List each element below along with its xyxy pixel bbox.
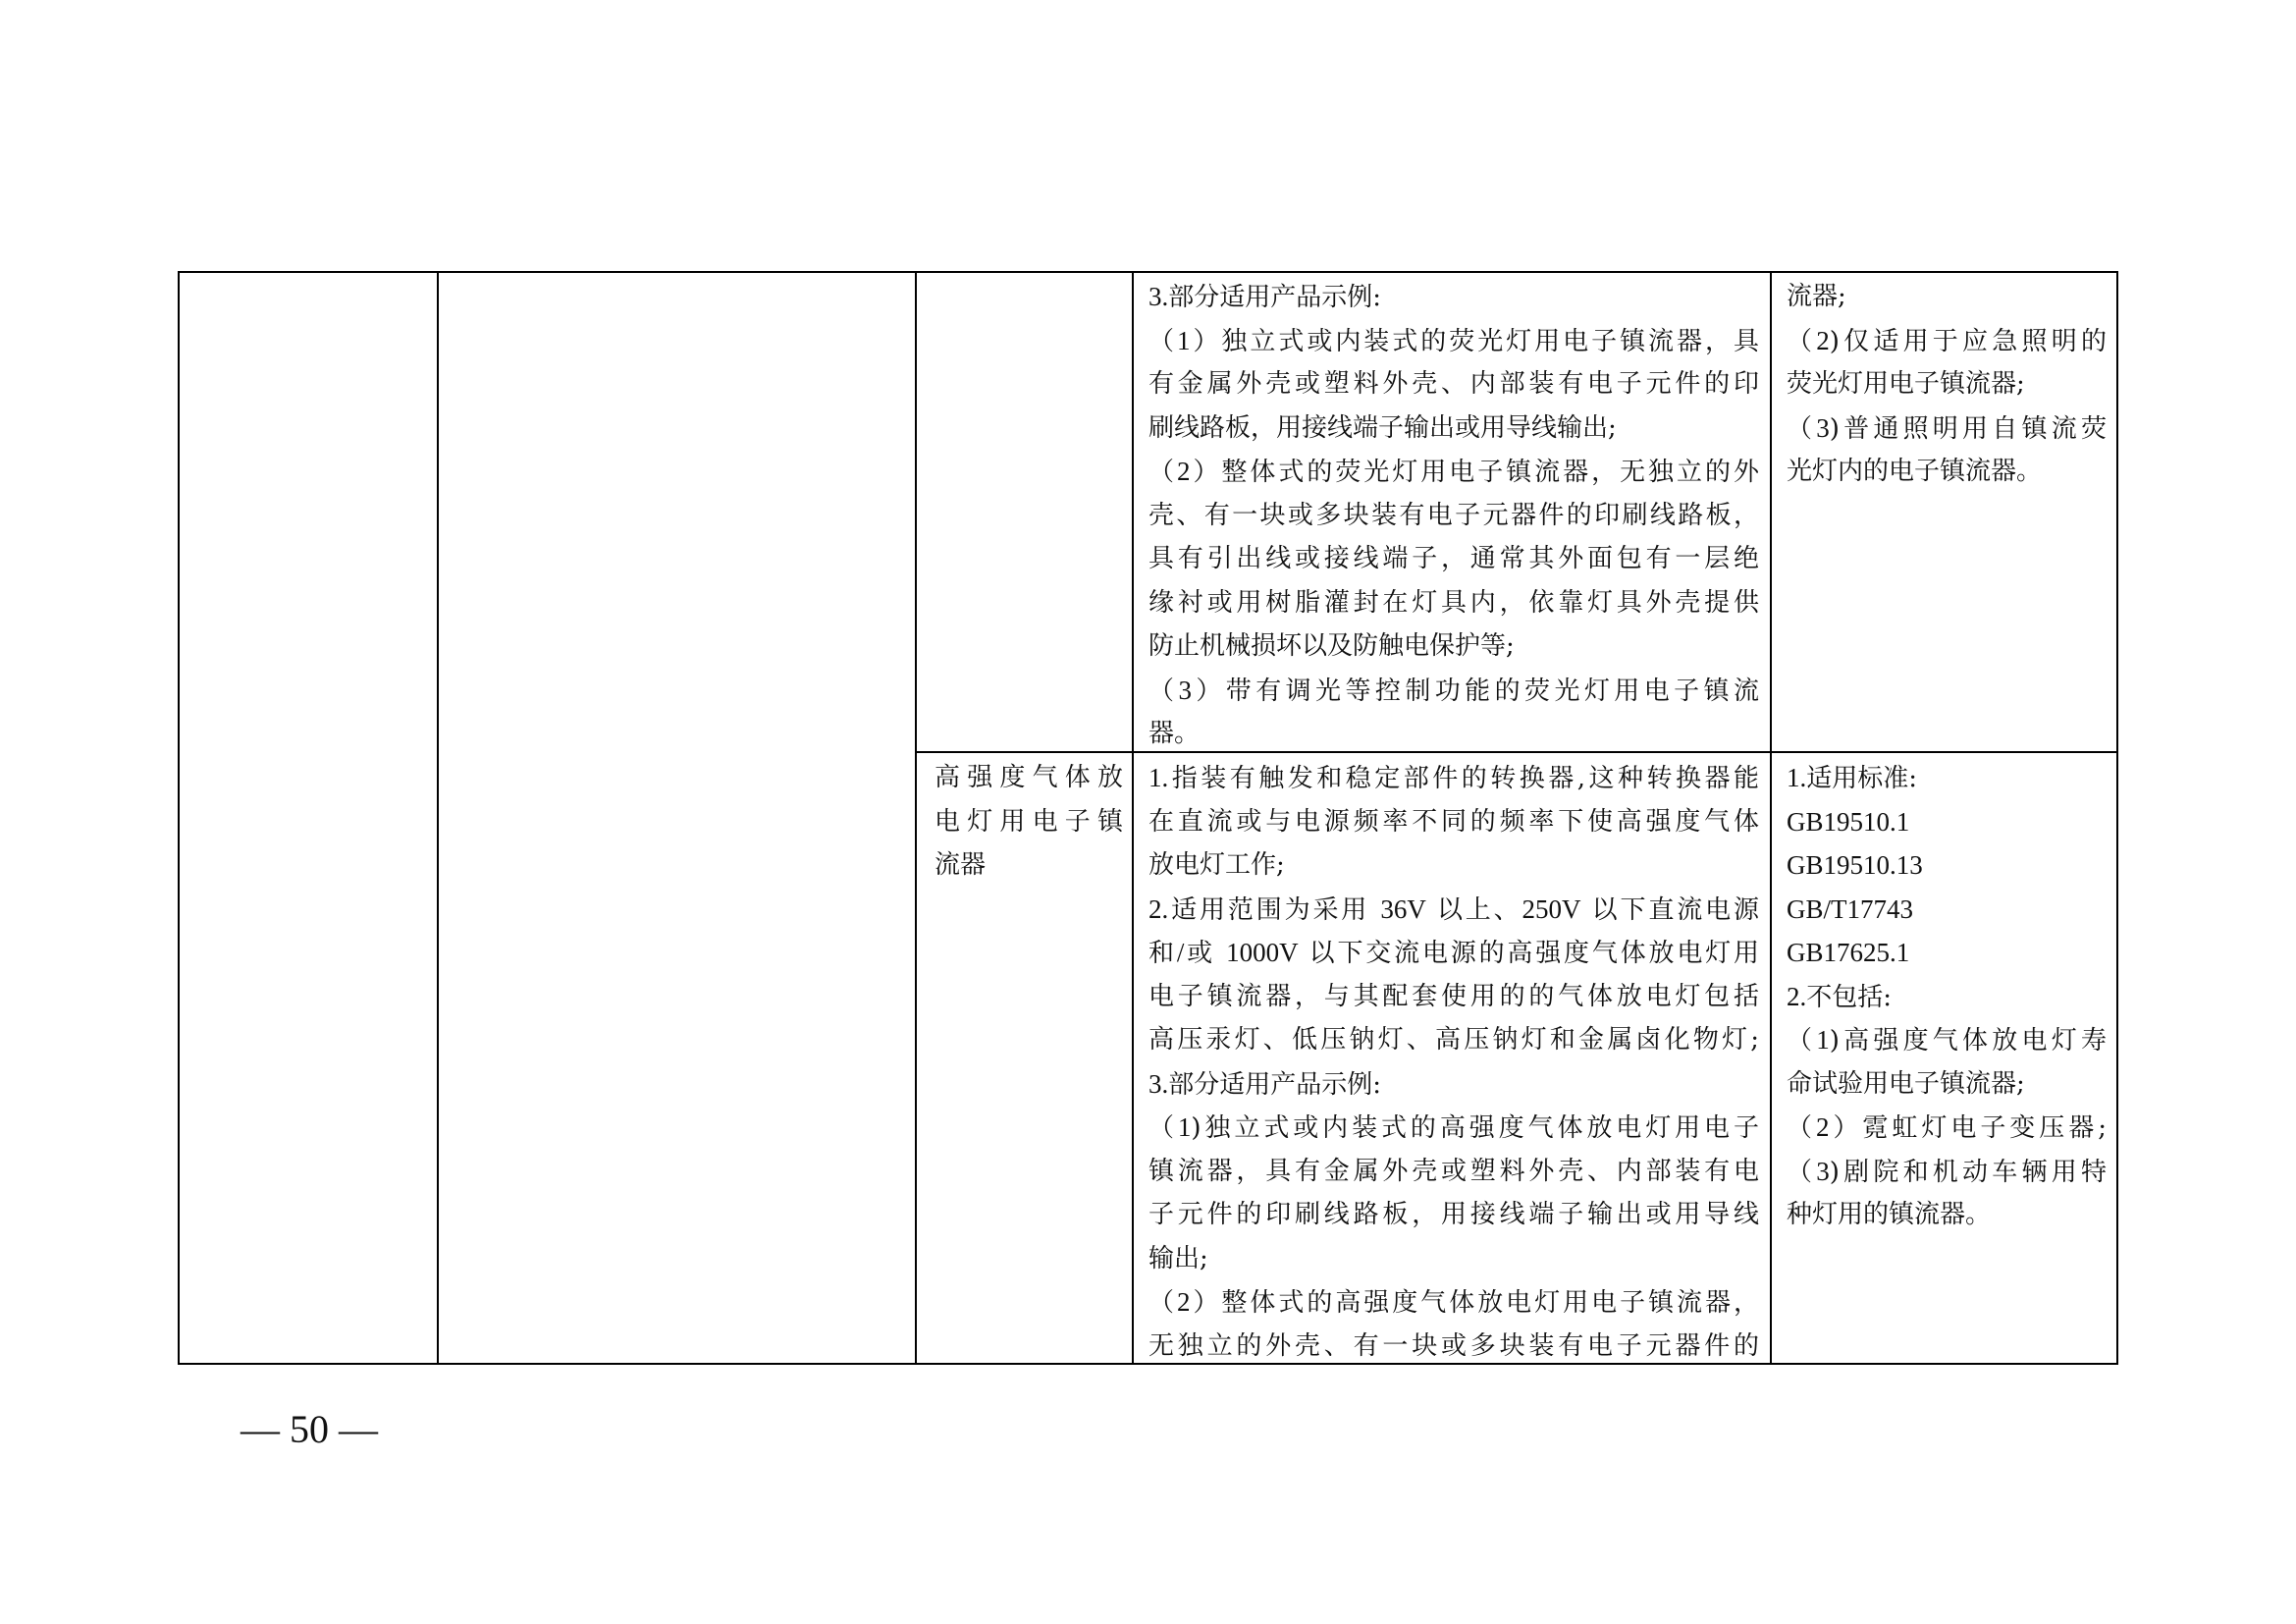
table-right-border xyxy=(2116,271,2118,1365)
text-line: 3.部分适用产品示例: xyxy=(1148,1062,1759,1107)
text-line: 高强度气体放 xyxy=(934,756,1123,800)
text-line: 流器 xyxy=(934,843,1123,888)
text-line: 有金属外壳或塑料外壳、内部装有电子元件的印 xyxy=(1148,362,1759,406)
text-line: （3)普通照明用自镇流荧 xyxy=(1787,406,2107,451)
text-line: 输出; xyxy=(1148,1237,1759,1281)
text-line: 缘衬或用树脂灌封在灯具内，依靠灯具外壳提供 xyxy=(1148,581,1759,625)
text-line: 命试验用电子镇流器; xyxy=(1787,1062,2107,1107)
text-line: （1)高强度气体放电灯寿 xyxy=(1787,1018,2107,1062)
text-line: 放电灯工作; xyxy=(1148,843,1759,888)
text-line: 器。 xyxy=(1148,712,1759,756)
text-line: （3）带有调光等控制功能的荧光灯用电子镇流 xyxy=(1148,669,1759,713)
text-line: 无独立的外壳、有一块或多块装有电子元器件的 xyxy=(1148,1325,1759,1369)
text-line: （2）整体式的荧光灯用电子镇流器，无独立的外 xyxy=(1148,450,1759,494)
table-cell-row1-notes: 流器;（2)仅适用于应急照明的荧光灯用电子镇流器;（3)普通照明用自镇流荧光灯内… xyxy=(1787,275,2107,494)
text-line: 和/或 1000V 以下交流电源的高强度气体放电灯用 xyxy=(1148,931,1759,975)
table-cell-row1-col3 xyxy=(917,273,1132,751)
text-line: （2）霓虹灯电子变压器; xyxy=(1787,1106,2107,1150)
column-divider-3 xyxy=(1132,271,1134,1365)
text-line: 2.适用范围为采用 36V 以上、250V 以下直流电源 xyxy=(1148,888,1759,932)
text-line: 光灯内的电子镇流器。 xyxy=(1787,450,2107,494)
text-line: 高压汞灯、低压钠灯、高压钠灯和金属卤化物灯; xyxy=(1148,1018,1759,1062)
text-line: 防止机械损坏以及防触电保护等; xyxy=(1148,624,1759,669)
text-line: 1.适用标准: xyxy=(1787,756,2107,800)
text-line: 1.指装有触发和稳定部件的转换器,这种转换器能 xyxy=(1148,756,1759,800)
text-line: 电灯用电子镇 xyxy=(934,800,1123,844)
text-line: 2.不包括: xyxy=(1787,975,2107,1019)
text-line: （1）独立式或内装式的荧光灯用电子镇流器，具 xyxy=(1148,319,1759,363)
document-page: 3.部分适用产品示例:（1）独立式或内装式的荧光灯用电子镇流器，具有金属外壳或塑… xyxy=(0,0,2296,1624)
text-line: （2)仅适用于应急照明的 xyxy=(1787,319,2107,363)
text-line: 具有引出线或接线端子，通常其外面包有一层绝 xyxy=(1148,537,1759,581)
text-line: （2）整体式的高强度气体放电灯用电子镇流器， xyxy=(1148,1280,1759,1325)
text-line: 子元件的印刷线路板，用接线端子输出或用导线 xyxy=(1148,1193,1759,1237)
text-line: （3)剧院和机动车辆用特 xyxy=(1787,1150,2107,1194)
table-cell-row2-product-name: 高强度气体放电灯用电子镇流器 xyxy=(934,756,1123,888)
text-line: 在直流或与电源频率不同的频率下使高强度气体 xyxy=(1148,800,1759,844)
text-line: GB17625.1 xyxy=(1787,931,2107,975)
column-divider-4 xyxy=(1770,271,1772,1365)
text-line: 荧光灯用电子镇流器; xyxy=(1787,362,2107,406)
text-line: （1)独立式或内装式的高强度气体放电灯用电子 xyxy=(1148,1106,1759,1150)
text-line: 刷线路板，用接线端子输出或用导线输出; xyxy=(1148,406,1759,451)
text-line: 镇流器，具有金属外壳或塑料外壳、内部装有电 xyxy=(1148,1150,1759,1194)
table-cell-row2-description: 1.指装有触发和稳定部件的转换器,这种转换器能在直流或与电源频率不同的频率下使高… xyxy=(1148,756,1759,1368)
text-line: GB19510.1 xyxy=(1787,800,2107,844)
text-line: 流器; xyxy=(1787,275,2107,319)
table-cell-col1 xyxy=(180,273,437,1363)
text-line: 3.部分适用产品示例: xyxy=(1148,275,1759,319)
text-line: GB19510.13 xyxy=(1787,843,2107,888)
text-line: 电子镇流器，与其配套使用的的气体放电灯包括 xyxy=(1148,975,1759,1019)
page-number: — 50 — xyxy=(240,1406,378,1452)
table-cell-row1-description: 3.部分适用产品示例:（1）独立式或内装式的荧光灯用电子镇流器，具有金属外壳或塑… xyxy=(1148,275,1759,756)
text-line: 种灯用的镇流器。 xyxy=(1787,1193,2107,1237)
table-cell-col2 xyxy=(439,273,915,1363)
text-line: GB/T17743 xyxy=(1787,888,2107,932)
table-cell-row2-notes: 1.适用标准:GB19510.1GB19510.13GB/T17743GB176… xyxy=(1787,756,2107,1237)
text-line: 壳、有一块或多块装有电子元器件的印刷线路板， xyxy=(1148,494,1759,538)
